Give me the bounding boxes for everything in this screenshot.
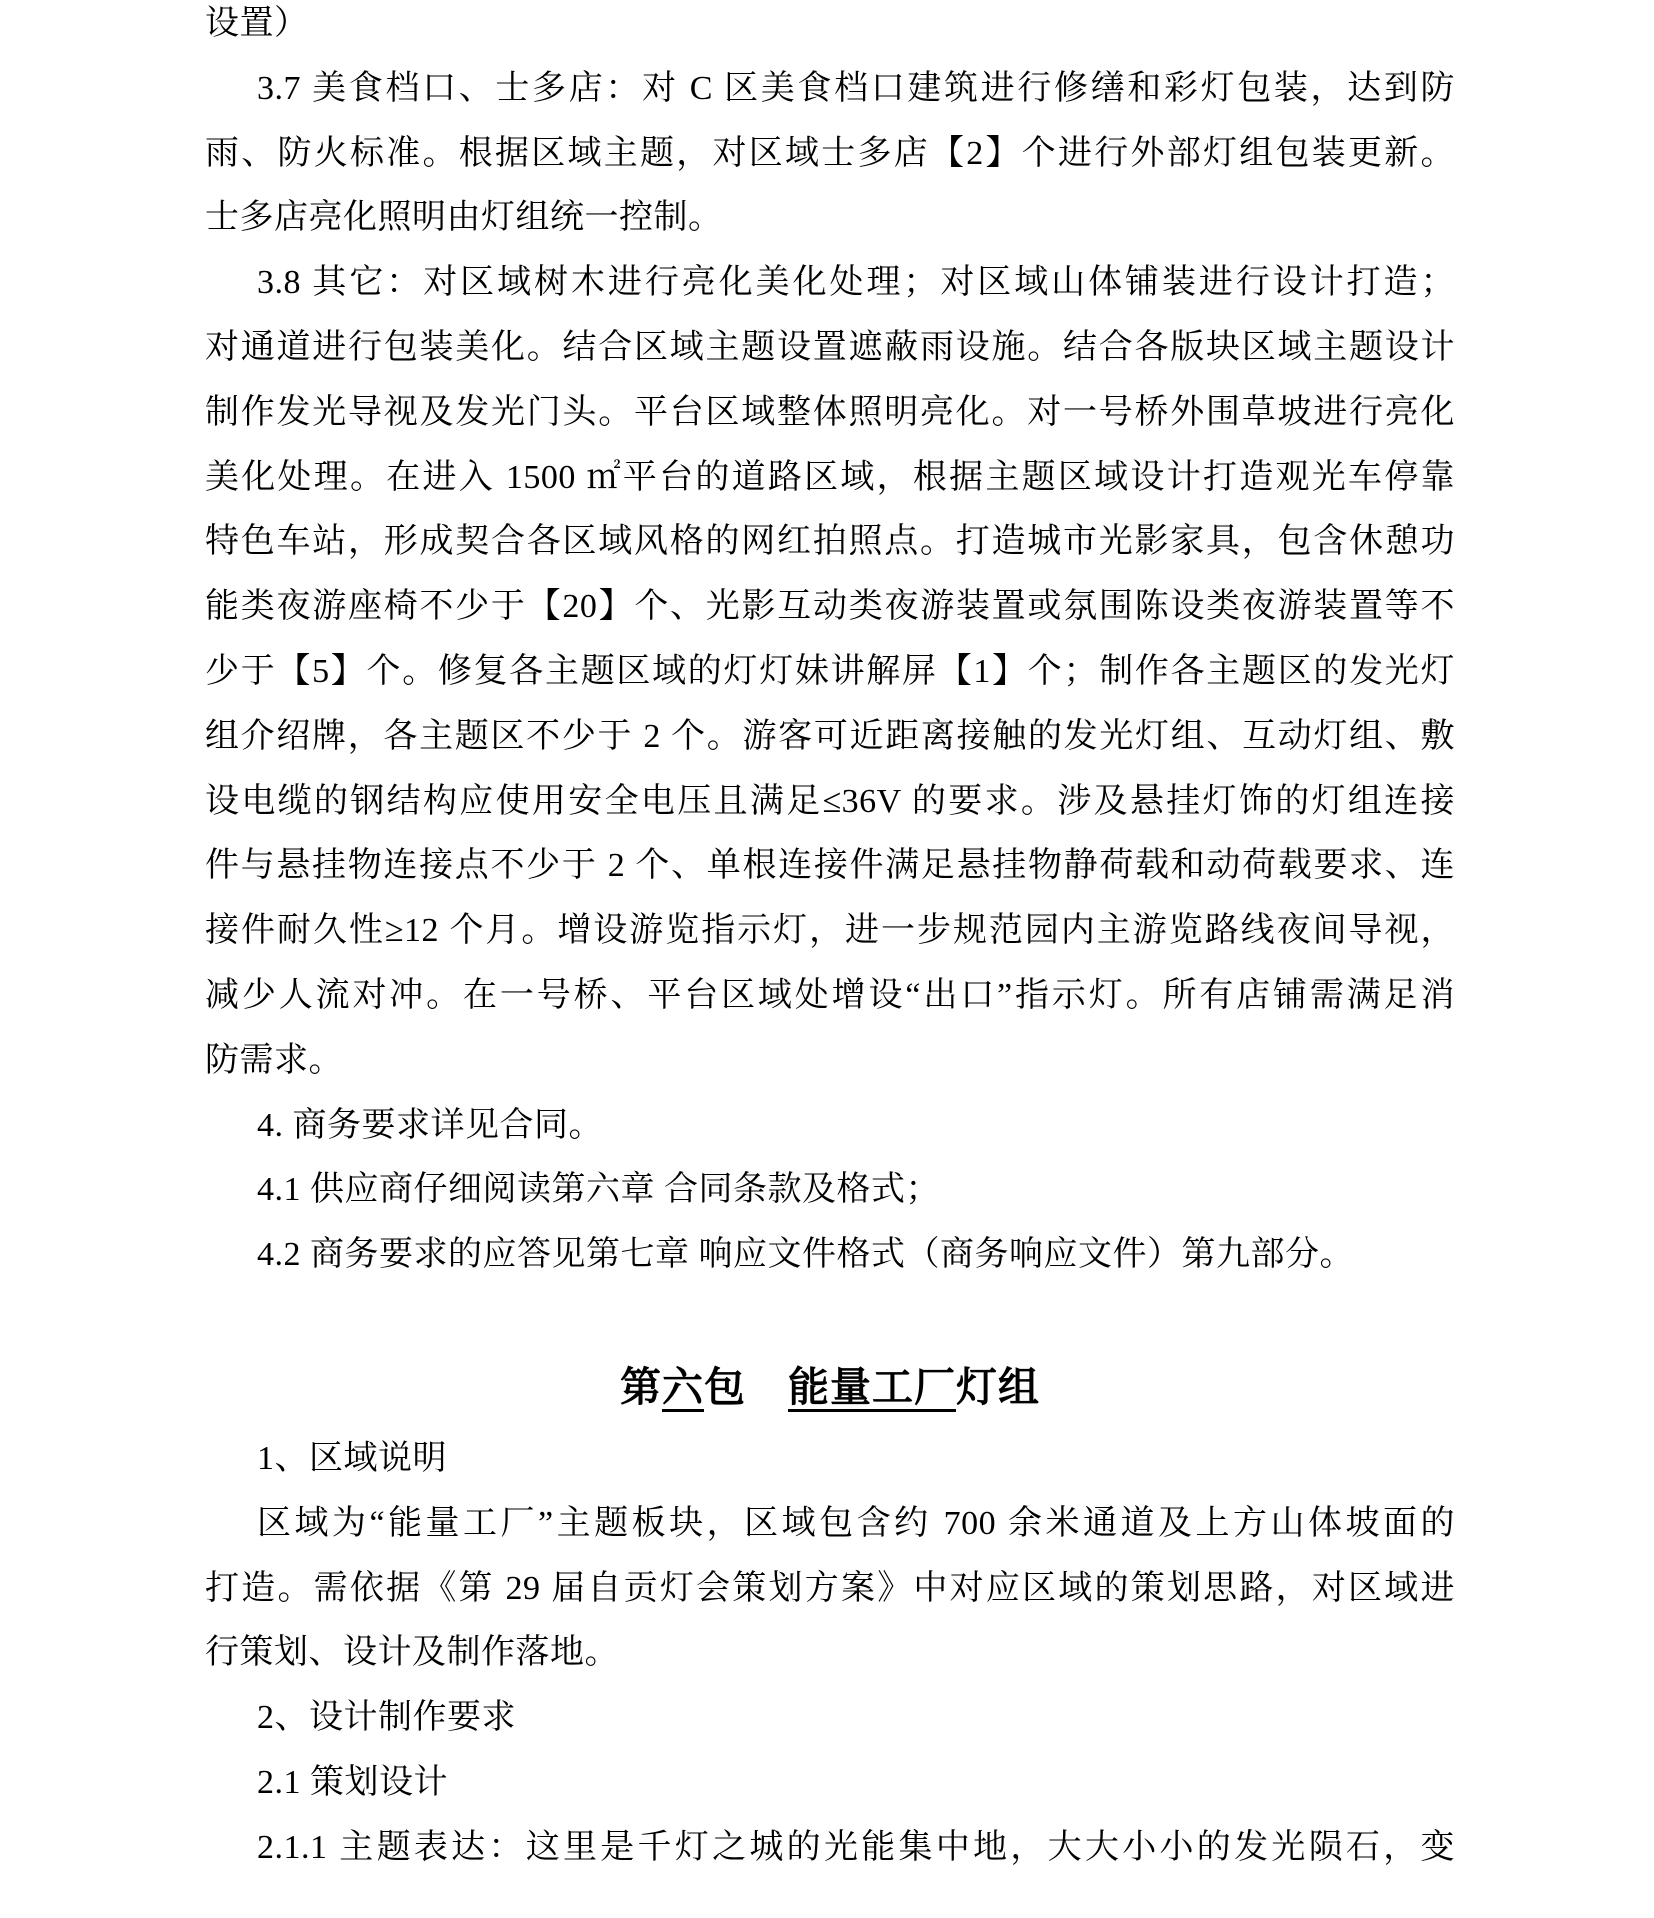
doc-line: 1、区域说明 <box>205 1427 1455 1492</box>
heading-text-plain: 包 <box>704 1364 788 1410</box>
doc-line: 能类夜游座椅不少于【20】个、光影互动类夜游装置或氛围陈设类夜游装置等不 <box>205 575 1455 640</box>
doc-line: 对通道进行包装美化。结合区域主题设置遮蔽雨设施。结合各版块区域主题设计 <box>205 316 1455 381</box>
doc-line: 区域为“能量工厂”主题板块，区域包含约 700 余米通道及上方山体坡面的 <box>205 1492 1455 1557</box>
doc-line: 3.7 美食档口、士多店：对 C 区美食档口建筑进行修缮和彩灯包装，达到防 <box>205 57 1455 122</box>
doc-line: 打造。需依据《第 29 届自贡灯会策划方案》中对应区域的策划思路，对区域进 <box>205 1557 1455 1622</box>
doc-line: 特色车站，形成契合各区域风格的网红拍照点。打造城市光影家具，包含休憩功 <box>205 510 1455 575</box>
heading-text-plain: 灯组 <box>956 1364 1040 1410</box>
doc-line: 组介绍牌，各主题区不少于 2 个。游客可近距离接触的发光灯组、互动灯组、敷 <box>205 705 1455 770</box>
heading-text-underlined: 六 <box>662 1364 704 1410</box>
doc-line: 行策划、设计及制作落地。 <box>205 1621 1455 1686</box>
document-content: 设置） 3.7 美食档口、士多店：对 C 区美食档口建筑进行修缮和彩灯包装，达到… <box>205 0 1455 1881</box>
package-heading: 第六包 能量工厂灯组 <box>205 1347 1455 1427</box>
doc-line: 设置） <box>205 0 1455 57</box>
doc-line: 设电缆的钢结构应使用安全电压且满足≤36V 的要求。涉及悬挂灯饰的灯组连接 <box>205 770 1455 835</box>
doc-line: 减少人流对冲。在一号桥、平台区域处增设“出口”指示灯。所有店铺需满足消 <box>205 964 1455 1029</box>
doc-line: 士多店亮化照明由灯组统一控制。 <box>205 186 1455 251</box>
heading-text-underlined: 能量工厂 <box>788 1364 956 1410</box>
heading-text-plain: 第 <box>620 1364 662 1410</box>
doc-line: 2、设计制作要求 <box>205 1686 1455 1751</box>
doc-line: 2.1.1 主题表达：这里是千灯之城的光能集中地，大大小小的发光陨石，变 <box>205 1816 1455 1881</box>
doc-line: 少于【5】个。修复各主题区域的灯灯妹讲解屏【1】个；制作各主题区的发光灯 <box>205 640 1455 705</box>
document-page: 设置） 3.7 美食档口、士多店：对 C 区美食档口建筑进行修缮和彩灯包装，达到… <box>0 0 1654 1918</box>
doc-line: 防需求。 <box>205 1029 1455 1094</box>
doc-line: 4.2 商务要求的应答见第七章 响应文件格式（商务响应文件）第九部分。 <box>205 1223 1455 1288</box>
doc-line: 美化处理。在进入 1500 ㎡平台的道路区域，根据主题区域设计打造观光车停靠 <box>205 446 1455 511</box>
doc-line: 制作发光导视及发光门头。平台区域整体照明亮化。对一号桥外围草坡进行亮化 <box>205 381 1455 446</box>
doc-line: 2.1 策划设计 <box>205 1751 1455 1816</box>
doc-line: 件与悬挂物连接点不少于 2 个、单根连接件满足悬挂物静荷载和动荷载要求、连 <box>205 834 1455 899</box>
doc-line: 雨、防火标准。根据区域主题，对区域士多店【2】个进行外部灯组包装更新。 <box>205 122 1455 187</box>
doc-line: 接件耐久性≥12 个月。增设游览指示灯，进一步规范园内主游览路线夜间导视， <box>205 899 1455 964</box>
doc-line: 4.1 供应商仔细阅读第六章 合同条款及格式； <box>205 1158 1455 1223</box>
doc-line: 3.8 其它：对区域树木进行亮化美化处理；对区域山体铺装进行设计打造； <box>205 251 1455 316</box>
doc-line: 4. 商务要求详见合同。 <box>205 1094 1455 1159</box>
blank-line <box>205 1288 1455 1347</box>
